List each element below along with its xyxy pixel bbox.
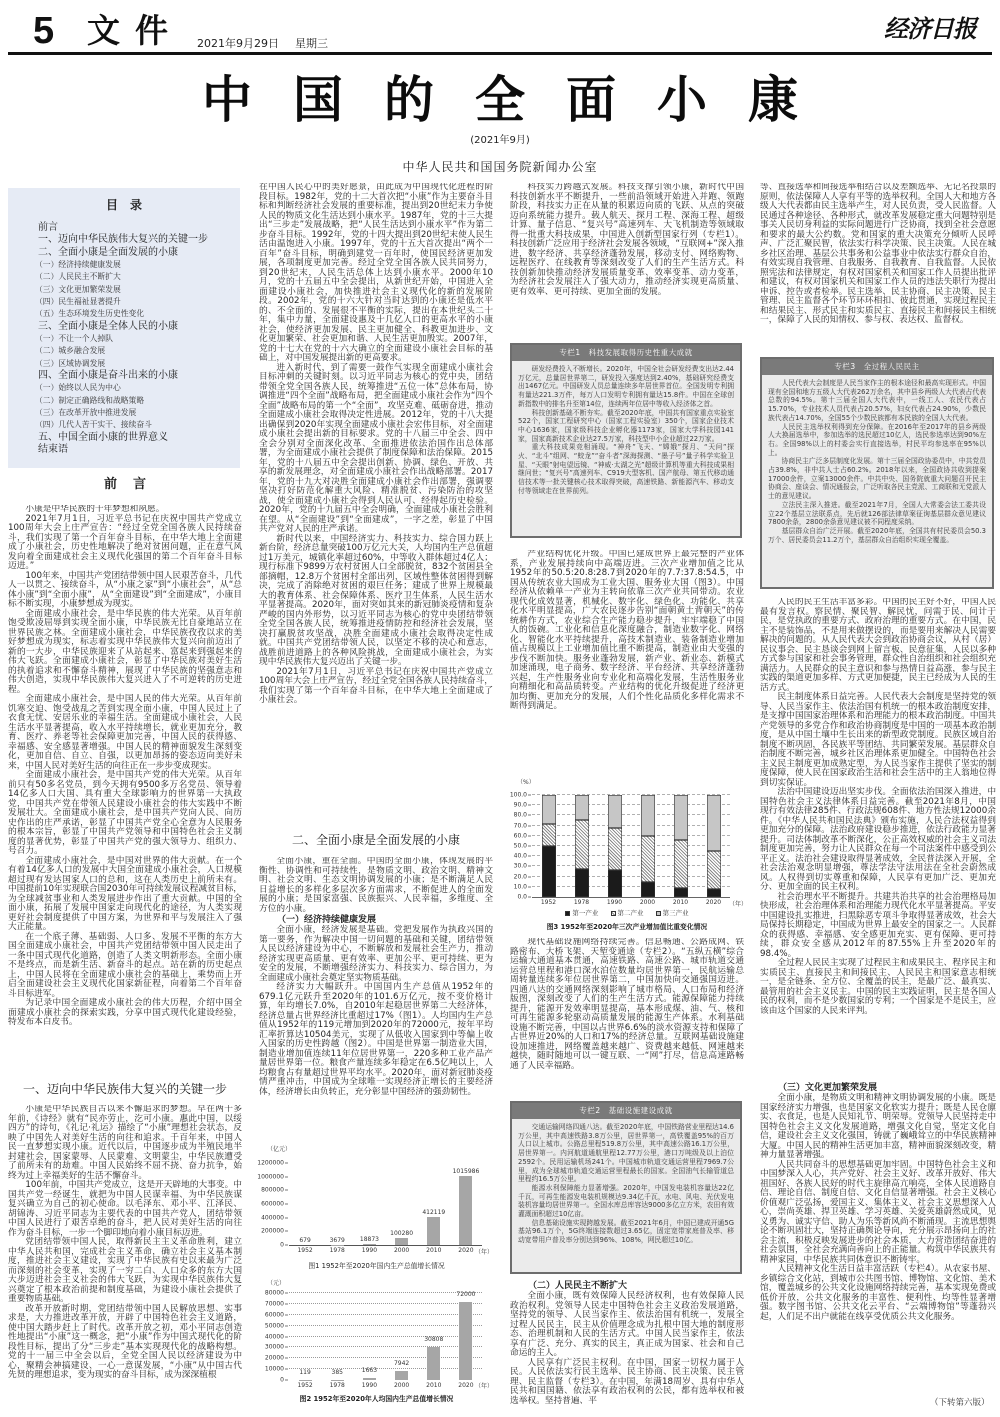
paragraph: 人民享有广泛民主权利。在中国，国家一切权力属于人民。人民依法实行民主选举、民主协… <box>510 1359 744 1407</box>
paragraph: 全面小康，重在全面。中国的全面小康，体现发展的平衡性、协调性和可持续性，是物质文… <box>259 857 493 914</box>
legend-label: 第一产业 <box>572 909 598 917</box>
toc-item: 一、迈向中华民族伟大复兴的关键一步 <box>35 234 208 246</box>
x-label: 2010 <box>426 1247 441 1254</box>
x-label: 1978 <box>574 899 589 906</box>
sidebar-heading: 全过程人民民主 <box>864 362 920 371</box>
toc-item: 二、全面小康是全面发展的小康 <box>35 247 208 259</box>
segment-primary <box>608 870 622 897</box>
bars: 6791952 36791978 188731990 1002802000 41… <box>289 1163 482 1245</box>
toc-item: 结束语 <box>35 444 208 456</box>
stacked-bars: 1952 1978 1990 2000 2010 2020 <box>532 795 730 897</box>
x-label: 1978 <box>330 1247 345 1254</box>
paragraph: 全过程人民民主实现了过程民主和成果民主、程序民主和实质民主、直接民主和间接民主、… <box>760 959 996 1016</box>
y-tick: 90.0 <box>514 802 527 809</box>
paragraph: 2021年7月1日，习近平总书记在庆祝中国共产党成立100周年大会上庄严宣告，经… <box>259 668 493 706</box>
y-tick: 600000 <box>261 1201 284 1208</box>
paragraph: 小康是中华民族自古以来不懈追求的梦想。早在两千多年前，《诗经》就有“民亦劳止，汔… <box>8 1105 242 1181</box>
x-label: 2010 <box>673 899 688 906</box>
x-label: 1990 <box>362 1247 377 1254</box>
paragraph: 全面小康，既有效保障人民经济权利，也有效保障人民政治权利。党领导人民走中国特色社… <box>510 1292 744 1359</box>
x-label: 2020 <box>706 899 721 906</box>
y-tick: 40.0 <box>514 853 527 860</box>
bar <box>427 1347 440 1381</box>
table-of-contents: 目录 前言 一、迈向中华民族伟大复兴的关键一步 二、全面小康是全面发展的小康 （… <box>8 188 240 468</box>
bar-group: 1978 <box>565 795 598 897</box>
paragraph: 人民精神文化生活日益丰富活跃（专栏4）。从农家书屋、乡镇综合文化站，到城市公共图… <box>760 1265 996 1322</box>
toc-subitem: （四）民生福祉显著提升 <box>35 296 208 308</box>
subsection-heading: （一）经济持续健康发展 <box>259 915 493 925</box>
toc-list: 前言 一、迈向中华民族伟大复兴的关键一步 二、全面小康是全面发展的小康 （一）经… <box>35 222 208 456</box>
paragraph: 产业结构优化升级。中国已建成世界上最完整的产业体系，产业发展持续向中高端迈进。三… <box>510 550 744 712</box>
toc-subitem: （二）人民民主不断扩大 <box>35 271 208 283</box>
sidebar-title: 专栏2基础设施建设成就 <box>512 1103 740 1119</box>
y-tick: 0 <box>280 1242 284 1249</box>
y-tick: 70000 <box>265 1300 284 1307</box>
section-2-body-col3-mid: 产业结构优化升级。中国已建成世界上最完整的产业体系，产业发展持续向中高端迈进。三… <box>510 550 744 772</box>
bar-group: 3851978 <box>321 1293 353 1380</box>
y-tick: 800000 <box>261 1187 284 1194</box>
sidebar-body: 交通运输网络四通八达。截至2020年底，中国铁路营业里程达14.6万公里，其中高… <box>512 1119 740 1245</box>
toc-subitem: （一）始终以人民为中心 <box>35 382 208 394</box>
x-axis-unit: （年） <box>729 901 747 908</box>
toc-item: 四、全面小康是奋斗出来的小康 <box>35 370 208 382</box>
y-tick: 50000 <box>265 1322 284 1329</box>
paragraph: 重大科技成果竞相涌现。“神舟”飞天、“嫦娥”探月、“天问”探火、“北斗”组网、“… <box>518 443 734 495</box>
subsection-heading: （三）文化更加繁荣发展 <box>760 1083 996 1093</box>
bar-group: 16631990 <box>353 1293 385 1380</box>
y-tick: 1200000 <box>257 1160 284 1167</box>
x-label: 2010 <box>426 1382 441 1389</box>
article-date-note: (2021年9月) <box>0 134 1000 148</box>
x-label: 1952 <box>297 1247 312 1254</box>
y-tick: 60000 <box>265 1311 284 1318</box>
y-tick: 60.0 <box>514 832 527 839</box>
bar-group: 2000 <box>631 795 664 897</box>
toc-subitem: （三）区域协调发展 <box>35 358 208 370</box>
toc-subitem: （五）生态环境发生历史性变化 <box>35 308 208 320</box>
paragraph: 现代基础设施网络持续完善。信息畅通、公路成网、铁路密布、大桥飞架、天堑变通途（专… <box>510 938 744 1071</box>
x-label: 1952 <box>297 1382 312 1389</box>
figure-2-per-capita-gdp-chart: （元） 0 10000 20000 30000 40000 50000 6000… <box>259 1278 494 1413</box>
sidebar-box-1: 专栏1科技发展取得历史性重大成就 研发经费投入不断增长。2020年，中国全社会研… <box>510 343 742 538</box>
plot-area: 0 200000 400000 600000 800000 1000000 12… <box>289 1163 482 1246</box>
value-label: 412119 <box>422 1209 445 1216</box>
stacked-bar <box>641 795 655 897</box>
segment-secondary <box>542 824 556 845</box>
paragraph: 新时代以来，中国经济实力、科技实力、综合国力跃上新台阶，经济总量突破100万亿元… <box>259 535 493 668</box>
sidebar-label: 专栏3 <box>834 362 855 371</box>
value-label: 18873 <box>360 1236 379 1243</box>
paragraph: 民主制度体系日益完善。人民代表大会制度是坚持党的领导、人民当家作主、依法治国有机… <box>760 693 996 788</box>
y-tick: 50.0 <box>514 843 527 850</box>
x-axis-unit: （年） <box>475 1383 493 1390</box>
section-2-body-col2: 全面小康，重在全面。中国的全面小康，体现发展的平衡性、协调性和可持续性，是物质文… <box>259 857 493 1139</box>
value-label: 1663 <box>362 1367 377 1374</box>
paragraph: 法治中国建设迈出坚实步伐。全面依法治国深入推进，中国特色社会主义法律体系日益完善… <box>760 788 996 893</box>
section-1-body-col2: 在中国人民心中的美好愿景，由此成为中国现代化进程的阶段目标。1982年，党的十二… <box>259 183 493 820</box>
value-label: 1015986 <box>453 1168 480 1175</box>
x-label: 1990 <box>362 1382 377 1389</box>
bars: 1191952 3851978 16631990 79422000 308082… <box>289 1293 482 1380</box>
issue-date: 2021年9月29日 <box>197 37 279 50</box>
toc-title: 目录 <box>8 198 240 212</box>
section-2-part3-body-col4: （三）文化更加繁荣发展 全面小康，是物质文明和精神文明协调发展的小康。既是国家经… <box>760 1082 996 1396</box>
segment-primary <box>575 869 589 897</box>
segment-tertiary <box>575 795 589 820</box>
bar <box>459 1176 472 1245</box>
sidebar-box-3: 专栏3全过程人民民主 人民代表大会制度是人民当家作主的根本途径和最高实现形式。中… <box>760 357 994 589</box>
y-tick: 40000 <box>265 1333 284 1340</box>
segment-secondary <box>575 820 589 869</box>
paragraph: 党团结带领中国人民，取得新民主主义革命胜利，建立中华人民共和国，完成社会主义革命… <box>8 1238 242 1305</box>
section-2-part2-body-col4: 人民的民主生活丰富多彩。中国的民主好不好，中国人民最有发言权。察民情、聚民智、解… <box>760 598 996 1082</box>
paragraph: 全面建成小康社会，是中华民族的伟大光荣。从百年前饱受欺凌屈辱到实现全面小康，中华… <box>8 610 242 696</box>
paragraph-continued: 在中国人民心中的美好愿景，由此成为中国现代化进程的阶段目标。1982年，党的十二… <box>259 183 493 364</box>
toc-subitem: （一）经济持续健康发展 <box>35 259 208 271</box>
paragraph: 2021年7月1日，习近平总书记在庆祝中国共产党成立100周年大会上庄严宣告：“… <box>8 515 242 572</box>
chart-legend: 第一产业 第二产业 第三产业 <box>509 910 745 917</box>
segment-primary <box>674 888 688 897</box>
subsection-heading: （二）人民民主不断扩大 <box>510 1281 744 1291</box>
continued-on-page-note: （下转第六版） <box>930 1398 990 1408</box>
bar <box>363 1378 376 1380</box>
legend-label: 第三产业 <box>663 909 689 917</box>
y-tick: 70.0 <box>514 822 527 829</box>
y-tick: 30000 <box>265 1344 284 1351</box>
paragraph: 全面建成小康社会，是中国对世界的伟大贡献。在一个有着14亿多人口的发展中大国全面… <box>8 857 242 933</box>
value-label: 385 <box>332 1369 343 1376</box>
toc-subitem: （三）文化更加繁荣发展 <box>35 284 208 296</box>
header-rule <box>8 52 992 55</box>
segment-primary <box>707 889 721 897</box>
sidebar-title: 专栏3全过程人民民主 <box>762 359 992 375</box>
x-label: 2000 <box>394 1382 409 1389</box>
bar <box>427 1217 440 1245</box>
weekday: 星期三 <box>295 37 328 50</box>
plot-area: 0.0 10.0 20.0 30.0 40.0 50.0 60.0 70.0 8… <box>532 795 730 898</box>
paragraph: 全面小康，是物质文明和精神文明协调发展的小康。既是国家经济实力增强，也是国家文化… <box>760 1094 996 1161</box>
y-tick: 1000000 <box>257 1173 284 1180</box>
paragraph: 在一个底子薄、基础弱、人口多、发展不平衡的东方大国全面建成小康社会，中国共产党团… <box>8 933 242 1000</box>
y-axis-unit: （元） <box>267 1280 285 1287</box>
paragraph: 协商民主广泛多层制度化发展。第十三届全国政协委员中，中共党员占39.8%，非中共… <box>768 457 986 501</box>
page-number: 5 <box>33 11 54 51</box>
legend-swatch-black-icon <box>565 911 570 916</box>
segment-secondary <box>641 836 655 882</box>
y-tick: 10.0 <box>514 883 527 890</box>
bar <box>395 1238 408 1245</box>
paragraph: 人民代表大会制度是人民当家作主的根本途径和最高实现形式。中国现有全国和地方五级人… <box>768 379 986 423</box>
x-axis-unit: （年） <box>475 1249 493 1256</box>
section-2-heading: 二、全面小康是全面发展的小康 <box>259 832 493 848</box>
legend-item: 第二产业 <box>611 909 644 917</box>
figure-caption: 图3 1952年至2020年三次产业增加值比重变化情况 <box>509 923 745 931</box>
bar-group: 720002020 <box>450 1293 482 1380</box>
y-tick: 0.0 <box>517 894 527 901</box>
y-tick: 30.0 <box>514 863 527 870</box>
figure-caption: 图1 1952年至2020年国内生产总值增长情况 <box>259 1262 494 1270</box>
paragraph: 全面小康，经济发展是基础。党把发展作为执政兴国的第一要务，作为解决中国一切问题的… <box>259 926 493 983</box>
segment-tertiary <box>674 795 688 840</box>
legend-label: 第二产业 <box>618 909 644 917</box>
paragraph: 改革开放新时期，党团结带领中国人民解放思想、实事求是，大力推进改革开放，开辟了中… <box>8 1305 242 1381</box>
value-label: 100280 <box>390 1230 413 1237</box>
paragraph: 100年来，中国共产党团结带领中国人民艰苦奋斗，几代人一以贯之、接续奋斗，从“小… <box>8 572 242 610</box>
preface-heading: 前言 <box>8 477 242 493</box>
stacked-bar <box>674 795 688 897</box>
bar-group: 1002802000 <box>386 1163 418 1245</box>
stacked-bar <box>707 795 721 897</box>
segment-tertiary <box>608 795 622 828</box>
paragraph: 能源水利保障能力显著增强。2020年，中国发电装机容量达22亿千瓦，可再生能源发… <box>518 1184 734 1219</box>
value-label: 30808 <box>424 1336 443 1343</box>
stacked-bar <box>575 795 589 897</box>
plot-area: 0 10000 20000 30000 40000 50000 60000 70… <box>289 1293 482 1380</box>
bar-group: 79422000 <box>386 1293 418 1380</box>
value-label: 72000 <box>456 1291 475 1298</box>
bar-group: 6791952 <box>289 1163 321 1245</box>
segment-secondary <box>674 840 688 887</box>
toc-item: 前言 <box>35 222 208 234</box>
x-label: 1978 <box>330 1382 345 1389</box>
paragraph: 信息基础设施实现跨越发展。截至2021年6月，中国已建成开通5G基站96.1万个… <box>518 1219 734 1245</box>
dateline: 2021年9月29日星期三 <box>197 37 328 50</box>
y-tick: 80000 <box>265 1290 284 1297</box>
bar <box>459 1302 472 1380</box>
legend-item: 第一产业 <box>565 909 598 917</box>
bar-group: 188731990 <box>353 1163 385 1245</box>
value-label: 3679 <box>330 1237 345 1244</box>
x-label: 2000 <box>394 1247 409 1254</box>
bar-group: 10159862020 <box>450 1163 482 1245</box>
segment-primary <box>641 882 655 897</box>
y-tick: 100.0 <box>510 792 527 799</box>
sidebar-title: 专栏1科技发展取得历史性重大成就 <box>512 345 740 361</box>
toc-subitem: （三）在改革开放中推进发展 <box>35 407 208 419</box>
legend-swatch-hatched-icon <box>611 911 616 916</box>
bar-group: 2020 <box>697 795 730 897</box>
figure-1-gdp-chart: （亿元） 0 200000 400000 600000 800000 10000… <box>259 1144 494 1274</box>
paragraph: 人民的民主生活丰富多彩。中国的民主好不好，中国人民最有发言权。察民情、聚民智、解… <box>760 598 996 693</box>
value-label: 7942 <box>394 1360 409 1367</box>
sidebar-heading: 科技发展取得历史性重大成就 <box>589 348 693 357</box>
section-2-body-col3-low: 现代基础设施网络持续完善。信息畅通、公路成网、铁路密布、大桥飞架、天堑变通途（专… <box>510 938 744 1096</box>
value-label: 119 <box>299 1369 310 1376</box>
paragraph: 社会治理水平不断提升。共建共治共享的社会治理格局加快形成，社会治理体系和治理能力… <box>760 893 996 960</box>
paragraph: 交通运输网络四通八达。截至2020年底，中国铁路营业里程达14.6万公里，其中高… <box>518 1123 734 1184</box>
x-label: 1990 <box>607 899 622 906</box>
toc-subitem: （二）城乡融合发展 <box>35 345 208 357</box>
x-label: 2020 <box>458 1382 473 1389</box>
bar-group: 1191952 <box>289 1293 321 1380</box>
segment-secondary <box>608 828 622 870</box>
paragraph: 为记录中国全面建成小康社会的伟大历程，介绍中国全面建成小康社会的探索实践，分享中… <box>8 999 242 1028</box>
legend-item: 第三产业 <box>656 909 689 917</box>
paragraph: 经济实力大幅跃升。中国国内生产总值从1952年的679.1亿元跃升至2020年的… <box>259 983 493 1097</box>
section-2-part2-body-col4-top: 等、直接选举和间接选举相结合以及差额选举、无记名投票的原则，依法保障人人享有平等… <box>760 183 996 353</box>
section-1-body-col1: 小康是中华民族自古以来不懈追求的梦想。早在两千多年前，《诗经》就有“民亦劳止，汔… <box>8 1105 242 1417</box>
paragraph: 立法民主深入推进。截至2021年7月，全国人大常委会法工委共设立22个基层立法联… <box>768 501 986 527</box>
y-tick: 200000 <box>261 1228 284 1235</box>
y-tick: 0 <box>280 1377 284 1384</box>
y-tick: 80.0 <box>514 812 527 819</box>
segment-tertiary <box>707 795 721 851</box>
y-axis-unit: （%） <box>517 779 535 786</box>
y-tick: 400000 <box>261 1214 284 1221</box>
sidebar-body: 人民代表大会制度是人民当家作主的根本途径和最高实现形式。中国现有全国和地方五级人… <box>762 375 992 544</box>
section-name: 文件 <box>87 11 183 51</box>
bar-group: 1990 <box>598 795 631 897</box>
paragraph: 全面建成小康社会，是中国人民的伟大光荣。从百年前饥寒交迫、饱受战乱之苦到实现全面… <box>8 695 242 771</box>
paragraph: 科技创新基础不断夯实。截至2020年底，中国共有国家重点实验室522个，国家工程… <box>518 409 734 444</box>
figure-3-industry-structure-chart: （%） 0.0 10.0 20.0 30.0 40.0 50.0 60.0 70… <box>509 776 745 936</box>
bar <box>363 1244 376 1245</box>
paragraph: 人民共同奋斗的思想基础更加牢固。中国特色社会主义和中国梦深入人心，共产党好、社会… <box>760 1161 996 1266</box>
paragraph: 进入新时代，到了需要一鼓作气实现全面建成小康社会目标冲刺的关键时刻。以习近平同志… <box>259 364 493 535</box>
bar-group: 36791978 <box>321 1163 353 1245</box>
x-label: 2000 <box>640 899 655 906</box>
bar-group: 2010 <box>664 795 697 897</box>
paragraph: 基层群众自治广泛开展。截至2020年底，全国共有村民委员会50.3万个、居民委员… <box>768 527 986 544</box>
bar-group: 4121192010 <box>418 1163 450 1245</box>
segment-secondary <box>707 851 721 890</box>
article-title: 中国的全面小康 <box>0 72 1000 128</box>
x-label: 1952 <box>541 899 556 906</box>
stacked-bar <box>542 795 556 897</box>
y-axis-unit: （亿元） <box>267 1146 291 1153</box>
toc-item: 三、全面小康是全体人民的小康 <box>35 321 208 333</box>
toc-subitem: （四）几代人苦干实干、接续奋斗 <box>35 419 208 431</box>
sidebar-box-2: 专栏2基础设施建设成就 交通运输网络四通八达。截至2020年底，中国铁路营业里程… <box>510 1101 742 1274</box>
masthead-logo: 经济日报 <box>884 12 976 46</box>
section-2-body-col3-top: 科技实力跨越式发展。科技支撑引领小康，新时代中国科技创新水平不断提升，一些前沿领… <box>510 183 744 340</box>
stacked-bar <box>608 795 622 897</box>
preface-body: 小康是中华民族的千年梦想和夙愿。 2021年7月1日，习近平总书记在庆祝中国共产… <box>8 505 242 1066</box>
y-tick: 10000 <box>265 1366 284 1373</box>
sidebar-label: 专栏2 <box>579 1106 600 1115</box>
x-label: 2020 <box>458 1247 473 1254</box>
toc-subitem: （二）制定正确路线和战略策略 <box>35 395 208 407</box>
figure-caption: 图2 1952年至2020年人均国内生产总值增长情况 <box>259 1395 494 1403</box>
toc-subitem: （一）不让一个人掉队 <box>35 333 208 345</box>
article-author: 中华人民共和国国务院新闻办公室 <box>0 159 1000 175</box>
paragraph: 100年前，中国共产党成立，这是开天辟地的大事变。中国共产党一经诞生，就把为中国… <box>8 1181 242 1238</box>
toc-item: 五、中国全面小康的世界意义 <box>35 432 208 444</box>
segment-tertiary <box>641 795 655 836</box>
bar-group: 1952 <box>532 795 565 897</box>
y-tick: 20000 <box>265 1355 284 1362</box>
segment-tertiary <box>542 795 556 824</box>
section-1-heading: 一、迈向中华民族伟大复兴的关键一步 <box>8 1081 242 1097</box>
paragraph: 研发经费投入不断增长。2020年，中国全社会研发经费支出达2.44万亿元，总量居… <box>518 365 734 409</box>
paragraph: 科技实力跨越式发展。科技支撑引领小康，新时代中国科技创新水平不断提升，一些前沿领… <box>510 183 744 297</box>
y-tick: 20.0 <box>514 873 527 880</box>
sidebar-heading: 基础设施建设成就 <box>609 1106 673 1115</box>
value-label: 679 <box>299 1237 310 1244</box>
legend-swatch-gray-icon <box>656 911 661 916</box>
bar <box>395 1371 408 1380</box>
section-2-part2-body-col3: （二）人民民主不断扩大 全面小康，既有效保障人民经济权利，也有效保障人民政治权利… <box>510 1280 744 1417</box>
sidebar-label: 专栏1 <box>559 348 580 357</box>
paragraph: 全面建成小康社会，是中国共产党的伟大光荣。从百年前只有50多名党员，到今天拥有9… <box>8 771 242 857</box>
segment-primary <box>542 846 556 898</box>
paragraph: 人民民主选举权利得到充分保障。在2016年至2017年的县乡两级人大换届选举中，… <box>768 423 986 458</box>
bar-group: 308082010 <box>418 1293 450 1380</box>
sidebar-body: 研发经费投入不断增长。2020年，中国全社会研发经费支出达2.44万亿元，总量居… <box>512 361 740 496</box>
paragraph-continued: 等、直接选举和间接选举相结合以及差额选举、无记名投票的原则，依法保障人人享有平等… <box>760 183 996 326</box>
